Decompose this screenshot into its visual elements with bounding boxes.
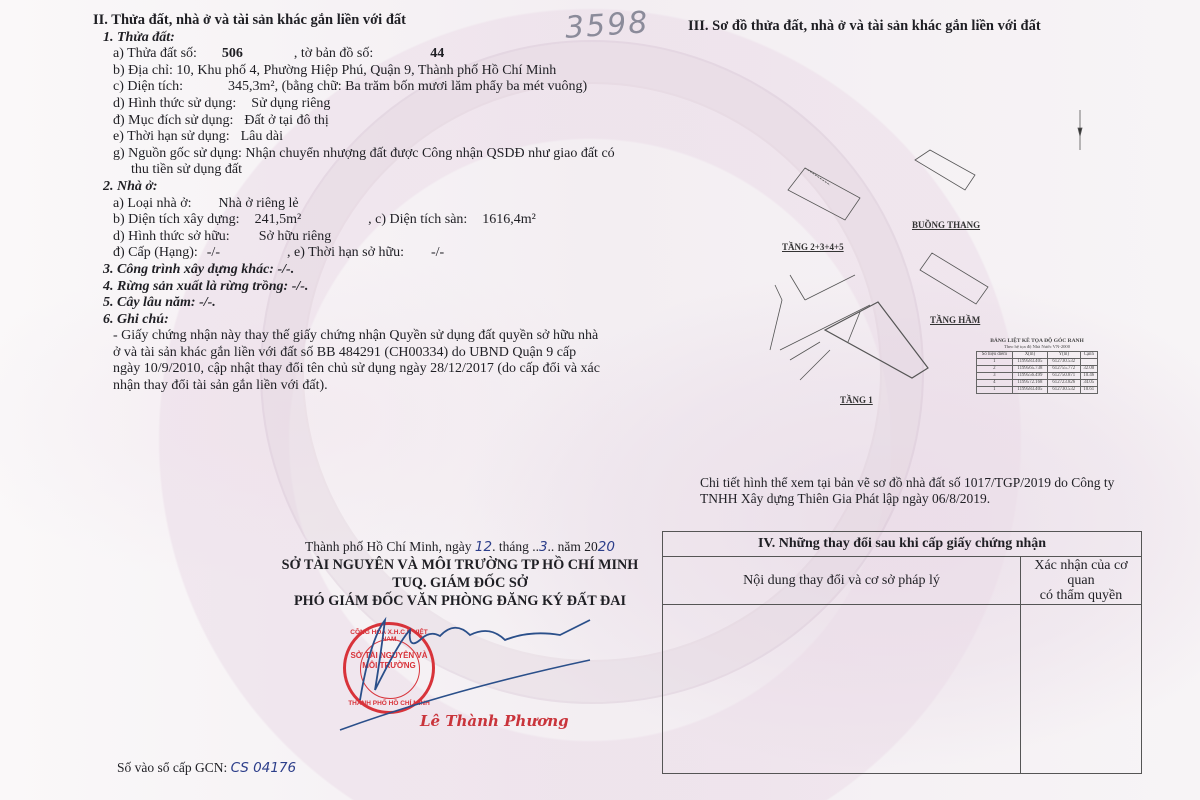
grade-value: -/-: [207, 245, 220, 260]
month-label: tháng: [499, 539, 529, 554]
grade-row: đ) Cấp (Hạng): -/- , e) Thời hạn sở hữu:…: [93, 245, 633, 262]
coord-table-row: 21199565.738612755.77232.00: [977, 366, 1098, 373]
map-label: , tờ bản đồ số:: [294, 46, 373, 61]
section2-title: II. Thửa đất, nhà ở và tài sản khác gắn …: [93, 12, 633, 29]
label-floors-2-5: TẦNG 2+3+4+5: [782, 242, 844, 252]
purpose-value: Đất ở tại đô thị: [244, 113, 328, 128]
coord-cell-point: 1: [977, 359, 1013, 366]
coord-cell-point: 3: [977, 373, 1013, 380]
section4-title: IV. Những thay đổi sau khi cấp giấy chứn…: [663, 532, 1142, 557]
agency-name: SỞ TÀI NGUYÊN VÀ MÔI TRƯỜNG TP HỒ CHÍ MI…: [270, 556, 650, 574]
coord-cell-x: 1199583.405: [1012, 387, 1047, 394]
coord-cell-point: 1: [977, 387, 1013, 394]
other-construction: 3. Công trình xây dựng khác: -/-.: [93, 262, 633, 279]
floor-area-value: 1616,4m²: [482, 212, 536, 227]
coord-cell-edge: 32.00: [1080, 366, 1097, 373]
coord-cell-x: 1199572.168: [1012, 380, 1047, 387]
coord-cell-edge: 10.46: [1080, 373, 1097, 380]
build-area-row: b) Diện tích xây dựng: 241,5m² , c) Diện…: [93, 212, 633, 229]
use-form-label: d) Hình thức sử dụng:: [113, 96, 236, 111]
coord-cell-y: 612750.871: [1048, 373, 1081, 380]
issue-day: 12: [475, 539, 492, 555]
changes-content-cell: [663, 605, 1021, 774]
registry-number: Số vào sổ cấp GCN: CS 04176: [117, 760, 296, 776]
official-seal: CỘNG HÒA X.H.C.N VIỆT NAM SỞ TÀI NGUYÊN …: [343, 622, 435, 714]
house-type-value: Nhà ở riêng lẻ: [219, 196, 299, 211]
coord-cell-point: 2: [977, 366, 1013, 373]
address-label: b) Địa chỉ:: [113, 63, 173, 78]
area-value: 345,3m², (bằng chữ: Ba trăm bốn mươi lăm…: [228, 79, 587, 94]
notes-heading: 6. Ghi chú:: [93, 312, 633, 329]
own-term-value: -/-: [431, 245, 444, 260]
coord-table-body: 11199583.405612730.53221199565.738612755…: [977, 359, 1098, 394]
build-area-value: 241,5m²: [255, 212, 302, 227]
coord-cell-y: 612755.772: [1048, 366, 1081, 373]
floor-area-label: , c) Diện tích sàn:: [368, 212, 467, 227]
map-number: 44: [430, 46, 444, 61]
term-value: Lâu dài: [241, 129, 283, 144]
coord-table-grid: Số hiệu điểm X(m) Y(m) Cạnh 11199583.405…: [976, 351, 1098, 394]
coord-cell-edge: 10.61: [1080, 387, 1097, 394]
perennial: 5. Cây lâu năm: -/-.: [93, 295, 633, 312]
origin-row: g) Nguồn gốc sử dụng: Nhận chuyển nhượng…: [93, 146, 633, 163]
coord-cell-y: 612730.532: [1048, 359, 1081, 366]
signer-name: Lê Thành Phương: [420, 712, 569, 730]
coord-table-row: 11199583.405612730.532: [977, 359, 1098, 366]
build-area-label: b) Diện tích xây dựng:: [113, 212, 240, 227]
parcel-row: a) Thửa đất số: 506 , tờ bản đồ số: 44: [93, 46, 633, 63]
changes-table: IV. Những thay đổi sau khi cấp giấy chứn…: [662, 531, 1142, 774]
land-heading: 1. Thửa đất:: [93, 30, 633, 47]
changes-col-confirmation: Xác nhận của cơ quan có thẩm quyền: [1021, 557, 1142, 605]
address-value: 10, Khu phố 4, Phường Hiệp Phú, Quận 9, …: [176, 63, 556, 78]
coord-cell-x: 1199583.405: [1012, 359, 1047, 366]
address-row: b) Địa chỉ: 10, Khu phố 4, Phường Hiệp P…: [93, 63, 633, 80]
seal-ring-bottom: THÀNH PHỐ HỒ CHÍ MINH: [346, 700, 432, 707]
seal-center-text: SỞ TÀI NGUYÊN VÀ MÔI TRƯỜNG: [346, 651, 432, 671]
changes-col-content: Nội dung thay đổi và cơ sở pháp lý: [663, 557, 1021, 605]
year-label: năm 20: [558, 539, 598, 554]
coord-cell-y: 612723.826: [1048, 380, 1081, 387]
detail-note: Chi tiết hình thể xem tại bản vẽ sơ đồ n…: [700, 475, 1120, 507]
area-label: c) Diện tích:: [113, 79, 183, 94]
ownership-row: d) Hình thức sở hữu: Sở hữu riêng: [93, 229, 633, 246]
coord-header-edge: Cạnh: [1080, 352, 1097, 359]
label-floor-1: TẦNG 1: [840, 395, 873, 405]
own-term-label: , e) Thời hạn sở hữu:: [287, 245, 404, 260]
registry-label: Số vào sổ cấp GCN:: [117, 760, 227, 775]
coord-table-row: 11199583.405612730.53210.61: [977, 387, 1098, 394]
coord-header-y: Y(m): [1048, 352, 1081, 359]
use-form-value: Sử dụng riêng: [251, 96, 330, 111]
confirmation-header-line1: Xác nhận của cơ quan: [1022, 558, 1140, 588]
ownership-value: Sở hữu riêng: [259, 229, 332, 244]
confirmation-header-line2: có thẩm quyền: [1022, 588, 1140, 603]
coord-cell-point: 4: [977, 380, 1013, 387]
term-row: e) Thời hạn sử dụng: Lâu dài: [93, 129, 633, 146]
coord-cell-x: 1199556.499: [1012, 373, 1047, 380]
issue-month: 3: [539, 539, 548, 555]
date-prefix: Thành phố Hồ Chí Minh, ngày: [305, 539, 472, 554]
coord-table-row: 31199556.499612750.87110.46: [977, 373, 1098, 380]
origin-label: g) Nguồn gốc sử dụng:: [113, 146, 242, 161]
purpose-label: đ) Mục đích sử dụng:: [113, 113, 233, 128]
section3-title: III. Sơ đồ thửa đất, nhà ở và tài sản kh…: [688, 18, 1041, 35]
parcel-number: 506: [222, 46, 243, 61]
coord-cell-x: 1199565.738: [1012, 366, 1047, 373]
certificate-page: 3598 II. Thửa đất, nhà ở và tài sản khác…: [0, 0, 1200, 800]
use-form-row: d) Hình thức sử dụng: Sử dụng riêng: [93, 96, 633, 113]
origin-value: Nhận chuyển nhượng đất được Công nhận QS…: [245, 146, 614, 161]
boundary-coordinate-table: BẢNG LIỆT KÊ TỌA ĐỘ GÓC RANH Theo hệ tọa…: [976, 338, 1098, 394]
section-land-house: II. Thửa đất, nhà ở và tài sản khác gắn …: [93, 12, 633, 395]
coord-header-x: X(m): [1012, 352, 1047, 359]
issue-year-suffix: 20: [598, 539, 615, 555]
coord-cell-edge: [1080, 359, 1097, 366]
label-basement: TẦNG HẦM: [930, 315, 980, 325]
forest: 4. Rừng sản xuất là rừng trồng: -/-.: [93, 279, 633, 296]
coord-header-point: Số hiệu điểm: [977, 352, 1013, 359]
on-behalf: TUQ. GIÁM ĐỐC SỞ: [270, 574, 650, 592]
origin-value-cont: thu tiền sử dụng đất: [93, 162, 633, 179]
term-label: e) Thời hạn sử dụng:: [113, 129, 230, 144]
house-heading: 2. Nhà ở:: [93, 179, 633, 196]
issue-date: Thành phố Hồ Chí Minh, ngày 12. tháng ..…: [270, 538, 650, 556]
purpose-row: đ) Mục đích sử dụng: Đất ở tại đô thị: [93, 113, 633, 130]
coord-cell-edge: 34.05: [1080, 380, 1097, 387]
signature-block: Thành phố Hồ Chí Minh, ngày 12. tháng ..…: [270, 538, 650, 610]
signer-position: PHÓ GIÁM ĐỐC VĂN PHÒNG ĐĂNG KÝ ĐẤT ĐAI: [270, 592, 650, 610]
coord-cell-y: 612730.532: [1048, 387, 1081, 394]
area-row: c) Diện tích: 345,3m², (bằng chữ: Ba tră…: [93, 79, 633, 96]
house-type-label: a) Loại nhà ở:: [113, 196, 192, 211]
changes-confirmation-cell: [1021, 605, 1142, 774]
house-type-row: a) Loại nhà ở: Nhà ở riêng lẻ: [93, 196, 633, 213]
coord-table-row: 41199572.168612723.82634.05: [977, 380, 1098, 387]
grade-label: đ) Cấp (Hạng):: [113, 245, 198, 260]
label-stairwell: BUỒNG THANG: [912, 220, 980, 230]
note-text: - Giấy chứng nhận này thay thế giấy chứn…: [93, 328, 633, 394]
registry-value: CS 04176: [231, 760, 296, 776]
ownership-label: d) Hình thức sở hữu:: [113, 229, 230, 244]
coord-table-subtitle: Theo hệ tọa độ Nhà Nước VN-2000: [976, 344, 1098, 349]
parcel-label: a) Thửa đất số:: [113, 46, 197, 61]
